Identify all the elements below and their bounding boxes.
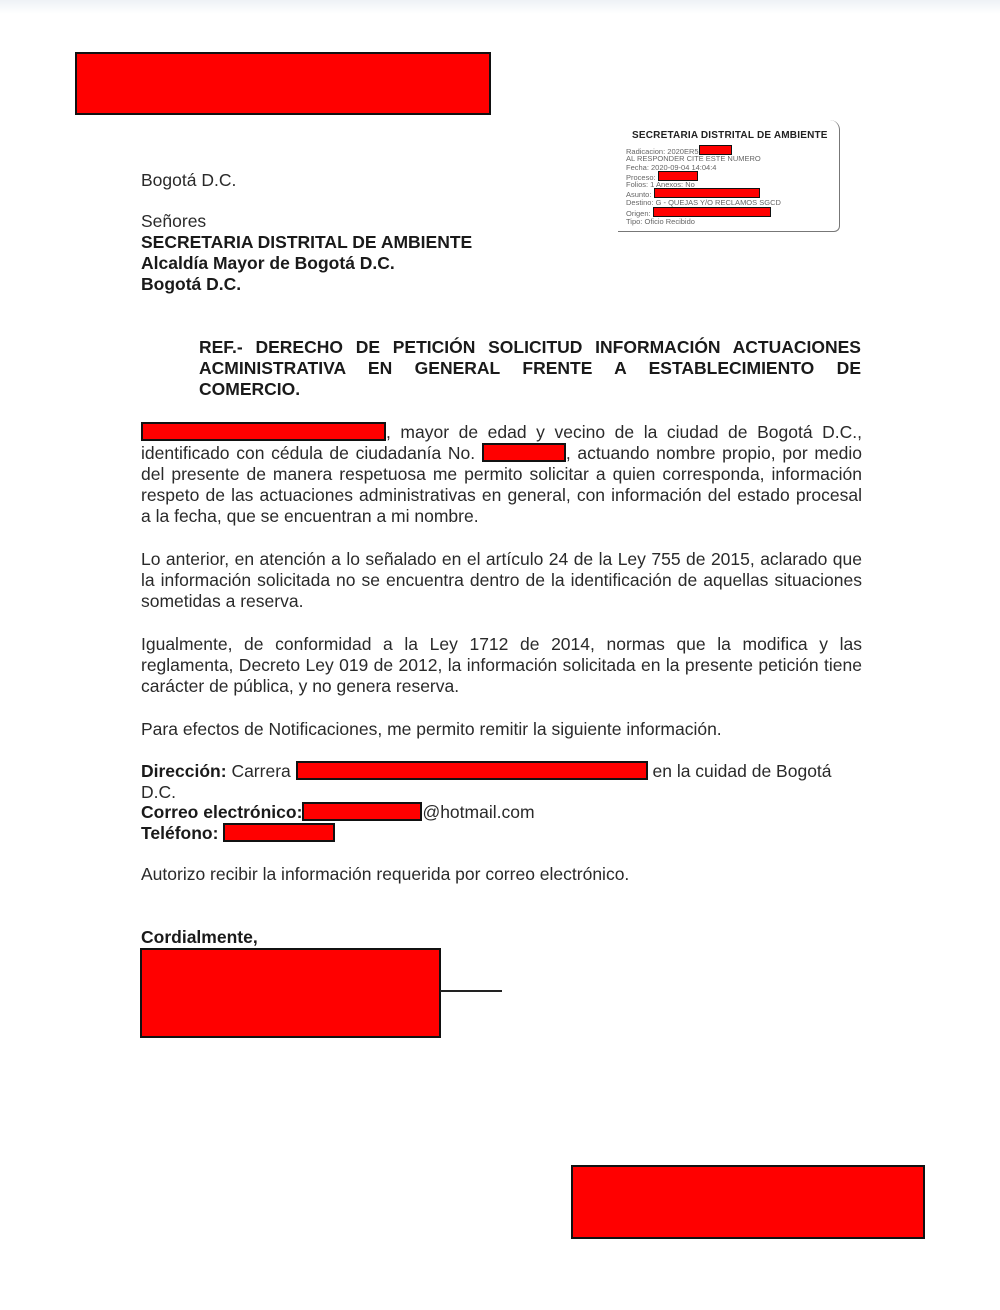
redacted-petitioner-name	[141, 422, 386, 441]
scan-artifact	[0, 0, 1000, 14]
reference-subject: REF.- DERECHO DE PETICIÓN SOLICITUD INFO…	[199, 337, 861, 400]
redacted-letterhead	[75, 52, 491, 115]
stamp-title: SECRETARIA DISTRITAL DE AMBIENTE	[632, 130, 828, 141]
paragraph-notifications: Para efectos de Notificaciones, me permi…	[141, 719, 862, 740]
paragraph-legal-basis: Lo anterior, en atención a lo señalado e…	[141, 549, 862, 612]
reception-stamp: SECRETARIA DISTRITAL DE AMBIENTE Radicac…	[618, 120, 840, 232]
contact-email: Correo electrónico:@hotmail.com	[141, 802, 535, 823]
stamp-destino: Destino: G - QUEJAS Y/O RECLAMOS SGCD	[626, 198, 781, 207]
contact-address: Dirección: Carrera en la cuidad de Bogot…	[141, 761, 851, 803]
signature-line	[440, 990, 502, 992]
salutation: Señores	[141, 211, 206, 232]
stamp-responder: AL RESPONDER CITE ESTE NUMERO	[626, 154, 761, 163]
stamp-tipo: Tipo: Oficio Recibido	[626, 217, 695, 226]
authorization-note: Autorizo recibir la información requerid…	[141, 864, 629, 885]
redacted-footer	[571, 1165, 925, 1239]
redacted-phone	[223, 823, 335, 842]
city-line: Bogotá D.C.	[141, 170, 236, 191]
redacted-asunto	[654, 188, 760, 198]
paragraph-public-character: Igualmente, de conformidad a la Ley 1712…	[141, 634, 862, 697]
redacted-email-user	[302, 802, 422, 821]
recipient-office: Alcaldía Mayor de Bogotá D.C.	[141, 253, 395, 274]
redacted-signature	[140, 948, 441, 1038]
contact-phone: Teléfono:	[141, 823, 335, 844]
redacted-address	[296, 761, 648, 780]
closing: Cordialmente,	[141, 927, 258, 948]
recipient-city: Bogotá D.C.	[141, 274, 241, 295]
redacted-origen	[653, 207, 771, 217]
redacted-id-number	[482, 443, 566, 462]
recipient-entity: SECRETARIA DISTRITAL DE AMBIENTE	[141, 232, 472, 253]
paragraph-request: , mayor de edad y vecino de la ciudad de…	[141, 422, 862, 527]
